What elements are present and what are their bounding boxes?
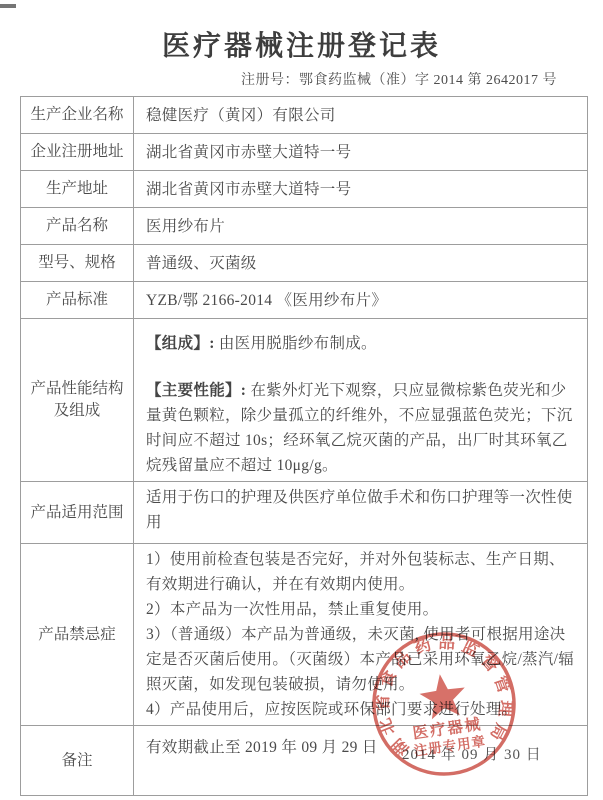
- table-row-performance: 产品性能结构 及组成 【组成】: 由医用脱脂纱布制成。 【主要性能】: 在紫外灯…: [21, 319, 588, 482]
- row-label: 产品性能结构 及组成: [21, 319, 134, 482]
- composition-heading: 【组成】:: [146, 335, 215, 352]
- table-row: 型号、规格 普通级、灭菌级: [21, 245, 588, 282]
- row-label: 产品名称: [21, 208, 134, 245]
- row-value: 普通级、灭菌级: [134, 245, 588, 282]
- row-label: 型号、规格: [21, 245, 134, 282]
- star-icon: [417, 671, 468, 720]
- contraindication-item: 1）使用前检查包装是否完好，并对外包装标志、生产日期、有效期进行确认，并在有效期…: [146, 547, 577, 597]
- row-label: 备注: [21, 726, 134, 796]
- row-value: 1）使用前检查包装是否完好，并对外包装标志、生产日期、有效期进行确认，并在有效期…: [134, 544, 588, 726]
- row-value: 【组成】: 由医用脱脂纱布制成。 【主要性能】: 在紫外灯光下观察，只应显微棕紫…: [134, 319, 588, 482]
- row-label: 生产企业名称: [21, 97, 134, 134]
- registration-form-page: 医疗器械注册登记表 注册号：鄂食药监械（准）字 2014 第 2642017 号…: [0, 0, 603, 800]
- label-line: 及组成: [25, 400, 129, 422]
- registration-number: 注册号：鄂食药监械（准）字 2014 第 2642017 号: [0, 69, 603, 89]
- table-row-scope: 产品适用范围 适用于伤口的护理及供医疗单位做手术和伤口护理等一次性使用: [21, 482, 588, 544]
- table-row: 生产地址 湖北省黄冈市赤壁大道特一号: [21, 171, 588, 208]
- table-row: 产品标准 YZB/鄂 2166-2014 《医用纱布片》: [21, 282, 588, 319]
- main-performance-paragraph: 【主要性能】: 在紫外灯光下观察，只应显微棕紫色荧光和少量黄色颗粒，除少量孤立的…: [146, 378, 577, 478]
- row-label: 产品禁忌症: [21, 544, 134, 726]
- row-value: 稳健医疗（黄冈）有限公司: [134, 97, 588, 134]
- table-row: 企业注册地址 湖北省黄冈市赤壁大道特一号: [21, 134, 588, 171]
- composition-paragraph: 【组成】: 由医用脱脂纱布制成。: [146, 331, 577, 356]
- page-title: 医疗器械注册登记表: [0, 24, 603, 64]
- row-label: 产品标准: [21, 282, 134, 319]
- row-label: 生产地址: [21, 171, 134, 208]
- composition-text: 由医用脱脂纱布制成。: [219, 335, 377, 352]
- table-row: 生产企业名称 稳健医疗（黄冈）有限公司: [21, 97, 588, 134]
- main-performance-heading: 【主要性能】:: [146, 382, 246, 399]
- contraindication-item: 2）本产品为一次性用品，禁止重复使用。: [146, 597, 577, 622]
- row-value: 湖北省黄冈市赤壁大道特一号: [134, 134, 588, 171]
- scan-artifact: [0, 4, 16, 8]
- table-row: 产品名称 医用纱布片: [21, 208, 588, 245]
- row-label: 产品适用范围: [21, 482, 134, 544]
- row-value: 医用纱布片: [134, 208, 588, 245]
- official-seal: 湖北省食品药品监督管理局 医疗器械 注册专用章: [359, 619, 528, 788]
- row-value: YZB/鄂 2166-2014 《医用纱布片》: [134, 282, 588, 319]
- label-line: 产品性能结构: [25, 378, 129, 400]
- row-value: 适用于伤口的护理及供医疗单位做手术和伤口护理等一次性使用: [134, 482, 588, 544]
- row-label: 企业注册地址: [21, 134, 134, 171]
- row-value: 湖北省黄冈市赤壁大道特一号: [134, 171, 588, 208]
